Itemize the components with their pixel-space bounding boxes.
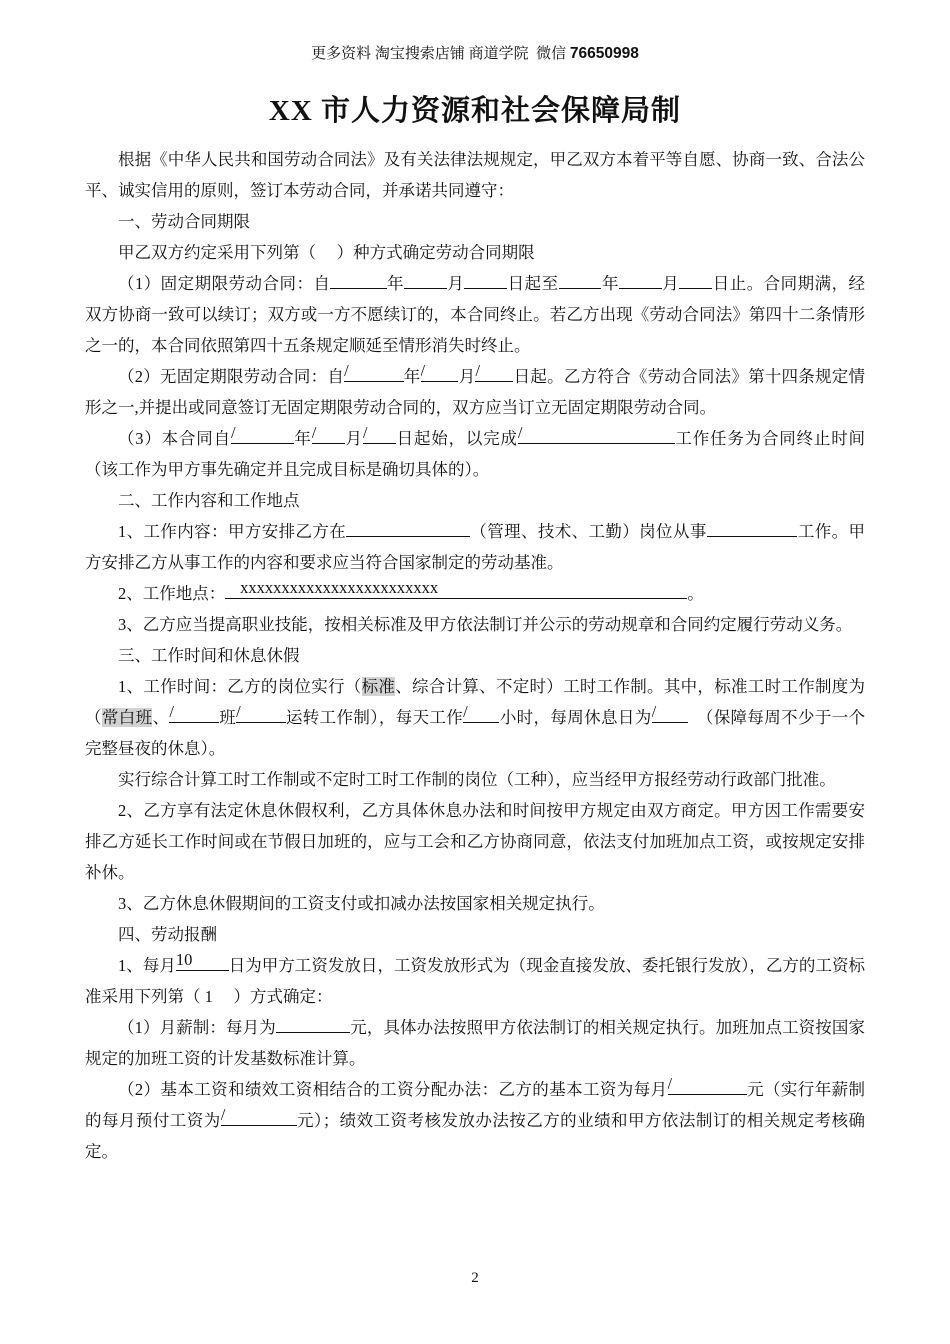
text-run: 月: [458, 367, 475, 386]
header-note: 更多资料 淘宝搜索店铺 商道学院 微信 76650998: [85, 44, 865, 64]
text-run: 年: [601, 274, 618, 293]
blank-field: /: [169, 702, 219, 723]
text-run: 。: [687, 584, 704, 603]
text-run: 日起始，以完成: [396, 429, 518, 448]
document-title: XX 市人力资源和社会保障局制: [85, 91, 865, 131]
paragraph-1: 根据《中华人民共和国劳动合同法》及有关法律法规规定，甲乙双方本着平等自愿、协商一…: [85, 144, 865, 206]
paragraph-5: （2）无固定期限劳动合同：自/年/月/日起。乙方符合《劳动合同法》第十四条规定情…: [85, 361, 865, 423]
text-run: 1、工作时间：乙方的岗位实行（: [118, 677, 362, 696]
text-run: （2）基本工资和绩效工资相结合的工资分配办法：乙方的基本工资为每月: [118, 1080, 668, 1099]
blank-field: [276, 1012, 350, 1033]
text-run: 年: [294, 429, 312, 448]
text-run: 班: [219, 708, 236, 727]
text-run: 三、工作时间和休息休假: [118, 646, 300, 665]
highlighted-text: 标准: [362, 677, 396, 696]
text-run: 实行综合计算工时工作制或不定时工时工作制的岗位（工种），应当经甲方报经劳动行政部…: [118, 770, 836, 789]
paragraph-17: 1、每月10日为甲方工资发放日，工资发放形式为（现金直接发放、委托银行发放），乙…: [85, 950, 865, 1012]
text-run: （管理、技术、工勤）岗位从事: [470, 522, 707, 541]
document-page: 更多资料 淘宝搜索店铺 商道学院 微信 76650998 XX 市人力资源和社会…: [0, 0, 950, 1344]
text-run: 月: [662, 274, 679, 293]
text-run: （1）固定期限劳动合同：自: [118, 274, 330, 293]
blank-field: /: [652, 702, 688, 723]
text-run: 小时，每周休息日为: [499, 708, 651, 727]
blank-field: [346, 516, 470, 537]
blank-field: [619, 268, 662, 289]
page-number: 2: [471, 1270, 479, 1286]
blank-field: [404, 268, 447, 289]
paragraph-8: 1、工作内容：甲方安排乙方在 （管理、技术、工勤）岗位从事 工作。甲方安排乙方从…: [85, 516, 865, 578]
paragraph-19: （2）基本工资和绩效工资相结合的工资分配办法：乙方的基本工资为每月/元（实行年薪…: [85, 1074, 865, 1167]
text-run: （1）月薪制：每月为: [118, 1018, 276, 1037]
text-run: 甲乙双方约定采用下列第（ ）种方式确定劳动合同期限: [118, 243, 535, 262]
text-run: 1、工作内容：甲方安排乙方在: [118, 522, 346, 541]
blank-field: /: [221, 1105, 297, 1126]
blank-field: /: [236, 702, 286, 723]
blank-field: /: [421, 361, 459, 382]
paragraph-11: 三、工作时间和休息休假: [85, 640, 865, 671]
paragraph-2: 一、劳动合同期限: [85, 206, 865, 237]
text-run: 根据《中华人民共和国劳动合同法》及有关法律法规规定，甲乙双方本着平等自愿、协商一…: [85, 150, 865, 200]
text-run: 年: [404, 367, 421, 386]
paragraph-13: 实行综合计算工时工作制或不定时工时工作制的岗位（工种），应当经甲方报经劳动行政部…: [85, 764, 865, 795]
blank-field: /: [518, 423, 675, 444]
blank-field: /: [463, 702, 499, 723]
text-run: 四、劳动报酬: [118, 925, 217, 944]
text-run: 年: [387, 274, 404, 293]
blank-field: /: [344, 361, 403, 382]
paragraph-16: 四、劳动报酬: [85, 919, 865, 950]
text-run: 2、工作地点：: [118, 584, 225, 603]
paragraph-14: 2、乙方享有法定休息休假权利，乙方具体休息办法和时间按甲方规定由双方商定。甲方因…: [85, 795, 865, 888]
blank-field: [707, 516, 798, 537]
blank-field: [559, 268, 602, 289]
text-run: 、: [152, 708, 169, 727]
text-run: （2）无固定期限劳动合同：自: [118, 367, 344, 386]
paragraph-7: 二、工作内容和工作地点: [85, 485, 865, 516]
highlighted-text: 常白班: [102, 708, 153, 727]
blank-field: /: [363, 423, 396, 444]
text-run: 月: [345, 429, 363, 448]
paragraph-15: 3、乙方休息休假期间的工资支付或扣减办法按国家相关规定执行。: [85, 888, 865, 919]
text-run: 3、乙方应当提高职业技能，按相关标准及甲方依法制订并公示的劳动规章和合同约定履行…: [118, 615, 852, 634]
paragraph-12: 1、工作时间：乙方的岗位实行（标准、综合计算、不定时）工时工作制。其中，标准工时…: [85, 671, 865, 764]
text-run: 1、每月: [118, 956, 176, 975]
blank-field: /: [231, 423, 294, 444]
blank-field: xxxxxxxxxxxxxxxxxxxxxxxx: [225, 578, 687, 599]
text-run: 2、乙方享有法定休息休假权利，乙方具体休息办法和时间按甲方规定由双方商定。甲方因…: [85, 801, 865, 882]
text-run: 运转工作制），每天工作: [286, 708, 464, 727]
blank-field: /: [312, 423, 345, 444]
blank-field: [679, 268, 712, 289]
paragraph-3: 甲乙双方约定采用下列第（ ）种方式确定劳动合同期限: [85, 237, 865, 268]
text-run: 一、劳动合同期限: [118, 212, 250, 231]
paragraph-6: （3）本合同自/年/月/日起始，以完成/工作任务为合同终止时间（该工作为甲方事先…: [85, 423, 865, 485]
header-note-text: 更多资料 淘宝搜索店铺 商道学院 微信: [311, 46, 570, 62]
blank-field: /: [668, 1074, 747, 1095]
paragraph-10: 3、乙方应当提高职业技能，按相关标准及甲方依法制订并公示的劳动规章和合同约定履行…: [85, 609, 865, 640]
paragraph-4: （1）固定期限劳动合同：自 年 月 日起至 年 月 日止。合同期满，经双方协商一…: [85, 268, 865, 361]
text-run: （3）本合同自: [118, 429, 231, 448]
blank-field: /: [475, 361, 513, 382]
paragraph-18: （1）月薪制：每月为 元，具体办法按照甲方依法制订的相关规定执行。加班加点工资按…: [85, 1012, 865, 1074]
text-run: 日起至: [507, 274, 558, 293]
blank-field: [330, 268, 386, 289]
paragraph-9: 2、工作地点：xxxxxxxxxxxxxxxxxxxxxxxx。: [85, 578, 865, 609]
blank-field: 10: [176, 950, 229, 971]
page-footer: 2: [0, 1270, 950, 1287]
document-body: 根据《中华人民共和国劳动合同法》及有关法律法规规定，甲乙双方本着平等自愿、协商一…: [85, 144, 865, 1167]
blank-field: [464, 268, 507, 289]
text-run: 月: [447, 274, 464, 293]
wechat-number: 76650998: [570, 45, 639, 62]
text-run: 3、乙方休息休假期间的工资支付或扣减办法按国家相关规定执行。: [118, 894, 605, 913]
text-run: 二、工作内容和工作地点: [118, 491, 300, 510]
